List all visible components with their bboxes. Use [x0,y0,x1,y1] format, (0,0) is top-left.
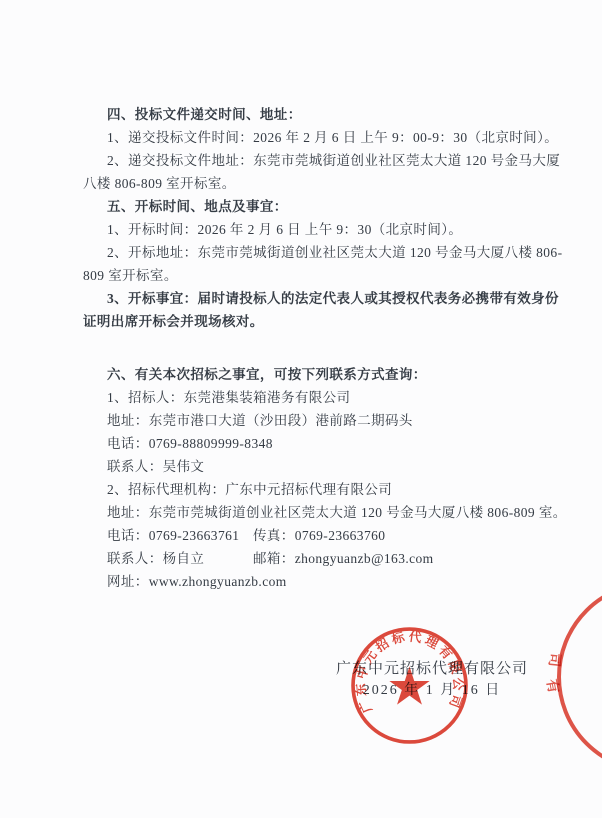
opening-address-line-2: 809 室开标室。 [83,264,528,287]
agency-contact-email-line: 联系人：杨自立邮箱：zhongyuanzb@163.com [83,547,528,570]
submission-time-line: 1、递交投标文件时间：2026 年 2 月 6 日 上午 9：00-9：30（北… [83,126,528,149]
scanned-document-page: 四、投标文件递交时间、地址： 1、递交投标文件时间：2026 年 2 月 6 日… [0,0,602,818]
agency-address-line: 地址：东莞市莞城街道创业社区莞太大道 120 号金马大厦八楼 806-809 室… [83,501,528,524]
agency-phone: 电话：0769-23663761 [107,524,253,547]
bidder-name-line: 1、招标人：东莞港集装箱港务有限公司 [83,386,528,409]
opening-matters-line-2: 证明出席开标会并现场核对。 [83,310,528,333]
bidder-phone-line: 电话：0769-88809999-8348 [83,432,528,455]
section-4-heading: 四、投标文件递交时间、地址： [83,103,528,126]
partial-seal-char-1: 司 [544,652,565,668]
agency-contact: 联系人：杨自立 [107,547,253,570]
company-seal-stamp: 广东中元招标代理有限公司 [349,625,470,746]
seal-star-icon [389,666,429,704]
agency-fax: 传真：0769-23663760 [253,528,385,543]
opening-address-line-1: 2、开标地址：东莞市莞城街道创业社区莞太大道 120 号金马大厦八楼 806- [83,241,528,264]
opening-time-line: 1、开标时间：2026 年 2 月 6 日 上午 9：30（北京时间）。 [83,218,528,241]
document-body: 四、投标文件递交时间、地址： 1、递交投标文件时间：2026 年 2 月 6 日… [83,103,528,593]
agency-name-line: 2、招标代理机构：广东中元招标代理有限公司 [83,478,528,501]
agency-phone-fax-line: 电话：0769-23663761传真：0769-23663760 [83,524,528,547]
bidder-contact-line: 联系人：吴伟文 [83,455,528,478]
section-6-heading: 六、有关本次招标之事宜，可按下列联系方式查询： [83,363,528,386]
agency-email: 邮箱：zhongyuanzb@163.com [253,551,434,566]
opening-matters-line-1: 3、开标事宜：届时请投标人的法定代表人或其授权代表务必携带有效身份 [83,287,528,310]
submission-address-line-1: 2、递交投标文件地址：东莞市莞城街道创业社区莞太大道 120 号金马大厦 [83,149,528,172]
submission-address-line-2: 八楼 806-809 室开标室。 [83,172,528,195]
bidder-address-line: 地址：东莞市港口大道（沙田段）港前路二期码头 [83,409,528,432]
agency-website-line: 网址：www.zhongyuanzb.com [83,570,528,593]
partial-seal-stamp [557,581,602,773]
section-5-heading: 五、开标时间、地点及事宜： [83,195,528,218]
